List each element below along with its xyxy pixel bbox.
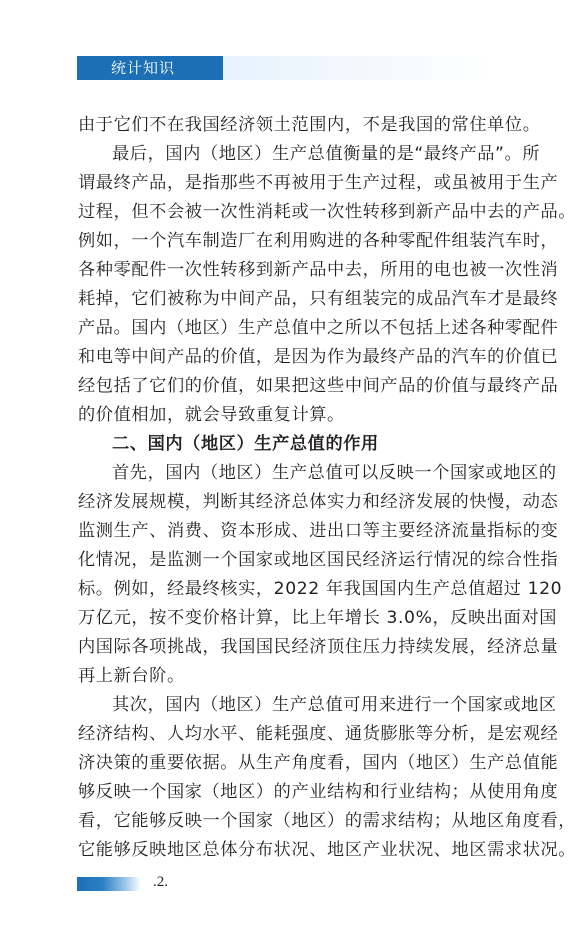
text-line: 由于它们不在我国经济领土范围内，不是我国的常住单位。 bbox=[78, 113, 528, 142]
footer-gradient-bar bbox=[77, 877, 141, 891]
text-line: 和电等中间产品的价值，是因为作为最终产品的汽车的价值已 bbox=[78, 345, 528, 374]
text-line: 够反映一个国家（地区）的产业结构和行业结构；从使用角度 bbox=[78, 780, 528, 809]
text-line: 监测生产、消费、资本形成、进出口等主要经济流量指标的变 bbox=[78, 519, 528, 548]
text-line: 各种零配件一次性转移到新产品中去，所用的电也被一次性消 bbox=[78, 258, 528, 287]
text-line: 看，它能够反映一个国家（地区）的需求结构；从地区角度看， bbox=[78, 809, 528, 838]
text-line: 再上新台阶。 bbox=[78, 664, 528, 693]
paragraph-start: 其次，国内（地区）生产总值可用来进行一个国家或地区 bbox=[78, 693, 528, 722]
page-body: 由于它们不在我国经济领土范围内，不是我国的常住单位。 最后，国内（地区）生产总值… bbox=[78, 113, 528, 867]
page-number: .2. bbox=[153, 874, 168, 891]
section-label: 统计知识 bbox=[77, 56, 223, 80]
text-line: 过程，但不会被一次性消耗或一次性转移到新产品中去的产品。 bbox=[78, 200, 528, 229]
text-line: 耗掉，它们被称为中间产品，只有组装完的成品汽车才是最终 bbox=[78, 287, 528, 316]
header-gradient-decoration bbox=[223, 56, 497, 80]
text-line: 例如，一个汽车制造厂在利用购进的各种零配件组装汽车时， bbox=[78, 229, 528, 258]
text-line: 化情况，是监测一个国家或地区国民经济运行情况的综合性指 bbox=[78, 548, 528, 577]
text-line: 它能够反映地区总体分布状况、地区产业状况、地区需求状况。 bbox=[78, 838, 528, 867]
text-line: 谓最终产品，是指那些不再被用于生产过程，或虽被用于生产 bbox=[78, 171, 528, 200]
text-line: 经包括了它们的价值，如果把这些中间产品的价值与最终产品 bbox=[78, 374, 528, 403]
text-line: 的价值相加，就会导致重复计算。 bbox=[78, 403, 528, 432]
section-header: 统计知识 bbox=[77, 56, 497, 80]
text-line: 标。例如，经最终核实，2022 年我国国内生产总值超过 120 bbox=[78, 577, 528, 606]
text-line: 内国际各项挑战，我国国民经济顶住压力持续发展，经济总量 bbox=[78, 635, 528, 664]
text-line: 经济发展规模，判断其经济总体实力和经济发展的快慢，动态 bbox=[78, 490, 528, 519]
text-line: 产品。国内（地区）生产总值中之所以不包括上述各种零配件 bbox=[78, 316, 528, 345]
section-heading: 二、国内（地区）生产总值的作用 bbox=[78, 432, 528, 461]
text-line: 经济结构、人均水平、能耗强度、通货膨胀等分析，是宏观经 bbox=[78, 722, 528, 751]
paragraph-start: 最后，国内（地区）生产总值衡量的是“最终产品”。所 bbox=[78, 142, 528, 171]
text-line: 济决策的重要依据。从生产角度看，国内（地区）生产总值能 bbox=[78, 751, 528, 780]
text-line: 万亿元，按不变价格计算，比上年增长 3.0%，反映出面对国 bbox=[78, 606, 528, 635]
paragraph-start: 首先，国内（地区）生产总值可以反映一个国家或地区的 bbox=[78, 461, 528, 490]
